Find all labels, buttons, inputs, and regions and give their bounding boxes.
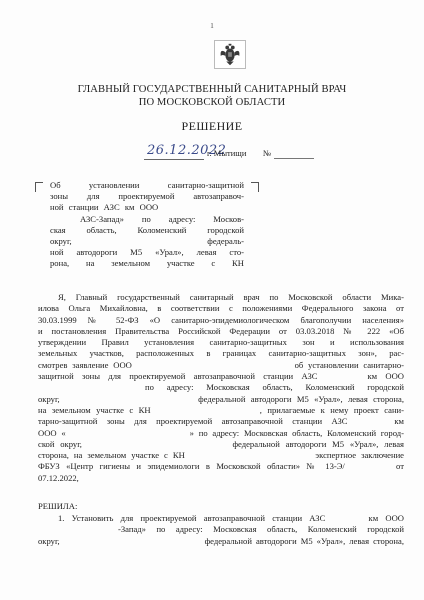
preamble-line: ФБУЗ «Центр гигиены и эпидемиологи в Мос… <box>38 461 404 472</box>
resolution-line: округ, федеральной автодороги М5 «Урал»,… <box>38 536 404 547</box>
resolution-line: 1. Установить для проектируемой автозапр… <box>38 513 404 524</box>
document-number-underline <box>274 158 314 159</box>
preamble-line: тарно-защитной зоны для проектируемой ав… <box>38 416 404 427</box>
issuer-title-line2: ПО МОСКОВСКОЙ ОБЛАСТИ <box>0 97 424 108</box>
preamble-line: Я, Главный государственный санитарный вр… <box>38 292 404 303</box>
preamble-line: округ, федеральной автодороги М5 «Урал»,… <box>38 394 404 405</box>
document-number-label: № <box>263 148 271 158</box>
preamble-line: сторона, на земельном участке с КН экспе… <box>38 450 404 461</box>
subject-line: ной станции АЗС км ООО <box>50 202 244 213</box>
preamble-paragraph: Я, Главный государственный санитарный вр… <box>38 292 404 484</box>
subject-line: АЗС-Запад» по адресу: Москов- <box>50 214 244 225</box>
resolution-item-1: 1. Установить для проектируемой автозапр… <box>38 513 404 547</box>
preamble-line: и постановления Правительства Российской… <box>38 326 404 337</box>
preamble-line: илова Ольга Михайловна, в соответствии с… <box>38 303 404 314</box>
document-type-title: РЕШЕНИЕ <box>0 119 424 134</box>
subject-line: зоны для проектируемой автозаправоч- <box>50 191 244 202</box>
resolution-line: -Запад» по адресу: Московская область, К… <box>38 524 404 535</box>
preamble-line: 07.12.2022, <box>38 473 404 484</box>
preamble-line: защитной зоны для проектируемой автозапр… <box>38 371 404 382</box>
title-bracket-left <box>35 182 43 192</box>
preamble-line: 30.03.1999 № 52-ФЗ «О санитарно-эпидемио… <box>38 315 404 326</box>
preamble-line: на земельном участке с КН , прилагаемые … <box>38 405 404 416</box>
subject-line: ская область, Коломенский городской <box>50 225 244 236</box>
subject-line: Об установлении санитарно-защитной <box>50 180 244 191</box>
preamble-line: смотрев заявление ООО об установлении са… <box>38 360 404 371</box>
subject-line: рона, на земельном участке с КН <box>50 258 244 269</box>
russian-coat-of-arms-icon <box>214 40 246 69</box>
preamble-line: ской округ, федеральной автодороги М5 «У… <box>38 439 404 450</box>
resolution-heading: РЕШИЛА: <box>38 501 77 511</box>
date-number-row: 26.12.2022 г. Мытищи № <box>0 145 424 163</box>
document-page: 1 ГЛАВНЫЙ ГОСУДАРСТВЕННЫЙ САНИТАРНЫЙ ВРА… <box>0 0 424 600</box>
title-bracket-right <box>251 182 259 192</box>
subject-line: ной автодороги М5 «Урал», левая сто- <box>50 247 244 258</box>
subject-line: округ, федераль- <box>50 236 244 247</box>
preamble-line: по адресу: Московская область, Коломенск… <box>38 382 404 393</box>
city-label: г. Мытищи <box>207 148 246 158</box>
preamble-line: утверждении Правил установления санитарн… <box>38 337 404 348</box>
date-underline <box>144 159 204 160</box>
subject-title-block: Об установлении санитарно-защитной зоны … <box>50 180 244 270</box>
preamble-line: земельных участков, расположенных в гран… <box>38 348 404 359</box>
page-number: 1 <box>0 22 424 30</box>
preamble-line: ООО « » по адресу: Московская область, К… <box>38 428 404 439</box>
issuer-title-line1: ГЛАВНЫЙ ГОСУДАРСТВЕННЫЙ САНИТАРНЫЙ ВРАЧ <box>0 84 424 95</box>
